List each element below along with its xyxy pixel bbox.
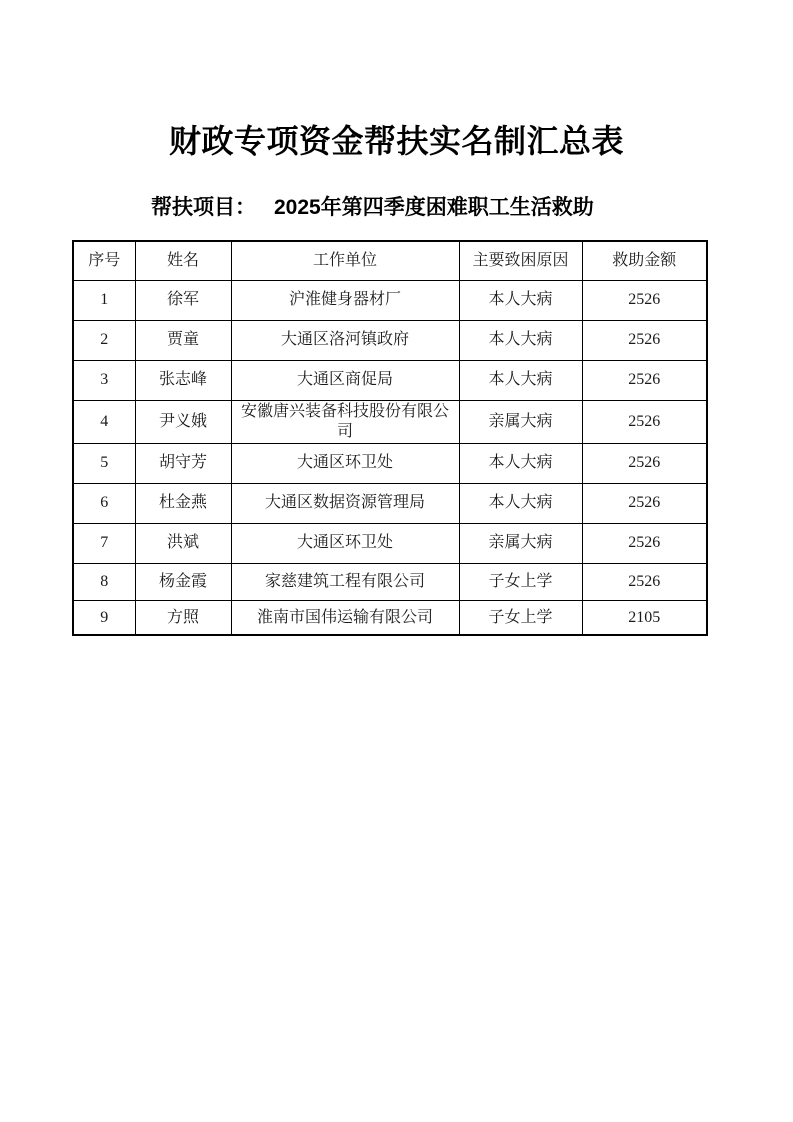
cell-name: 尹义娥 [135, 400, 231, 443]
cell-work-unit: 大通区商促局 [231, 360, 459, 400]
cell-name: 洪斌 [135, 523, 231, 563]
table-header-row: 序号姓名工作单位主要致困原因救助金额 [73, 241, 707, 280]
cell-index: 6 [73, 483, 135, 523]
document-page: 财政专项资金帮扶实名制汇总表 帮扶项目：2025年第四季度困难职工生活救助 序号… [0, 0, 793, 1122]
cell-work-unit: 大通区洛河镇政府 [231, 320, 459, 360]
cell-work-unit: 大通区环卫处 [231, 523, 459, 563]
table-row: 9方照淮南市国伟运输有限公司子女上学2105 [73, 600, 707, 635]
table-body: 1徐军沪淮健身器材厂本人大病25262贾童大通区洛河镇政府本人大病25263张志… [73, 280, 707, 635]
cell-name: 杨金霞 [135, 563, 231, 600]
cell-name: 杜金燕 [135, 483, 231, 523]
summary-table: 序号姓名工作单位主要致困原因救助金额 1徐军沪淮健身器材厂本人大病25262贾童… [72, 240, 708, 636]
cell-work-unit: 大通区环卫处 [231, 443, 459, 483]
column-header-work-unit: 工作单位 [231, 241, 459, 280]
cell-index: 3 [73, 360, 135, 400]
cell-index: 4 [73, 400, 135, 443]
project-label: 帮扶项目： [151, 196, 256, 219]
cell-amount: 2526 [582, 320, 707, 360]
document-title: 财政专项资金帮扶实名制汇总表 [0, 121, 793, 161]
cell-cause: 亲属大病 [459, 523, 582, 563]
cell-cause: 本人大病 [459, 443, 582, 483]
cell-cause: 子女上学 [459, 600, 582, 635]
cell-amount: 2105 [582, 600, 707, 635]
cell-name: 胡守芳 [135, 443, 231, 483]
table-head: 序号姓名工作单位主要致困原因救助金额 [73, 241, 707, 280]
column-header-cause: 主要致困原因 [459, 241, 582, 280]
cell-index: 8 [73, 563, 135, 600]
cell-work-unit: 大通区数据资源管理局 [231, 483, 459, 523]
cell-index: 1 [73, 280, 135, 320]
cell-amount: 2526 [582, 483, 707, 523]
cell-index: 2 [73, 320, 135, 360]
cell-work-unit: 家慈建筑工程有限公司 [231, 563, 459, 600]
cell-work-unit: 安徽唐兴装备科技股份有限公司 [231, 400, 459, 443]
cell-name: 方照 [135, 600, 231, 635]
column-header-index: 序号 [73, 241, 135, 280]
cell-name: 徐军 [135, 280, 231, 320]
table-row: 6杜金燕大通区数据资源管理局本人大病2526 [73, 483, 707, 523]
cell-amount: 2526 [582, 400, 707, 443]
cell-amount: 2526 [582, 280, 707, 320]
table-row: 4尹义娥安徽唐兴装备科技股份有限公司亲属大病2526 [73, 400, 707, 443]
cell-cause: 亲属大病 [459, 400, 582, 443]
cell-name: 贾童 [135, 320, 231, 360]
cell-cause: 本人大病 [459, 320, 582, 360]
column-header-amount: 救助金额 [582, 241, 707, 280]
column-header-name: 姓名 [135, 241, 231, 280]
cell-cause: 本人大病 [459, 280, 582, 320]
table-row: 3张志峰大通区商促局本人大病2526 [73, 360, 707, 400]
cell-amount: 2526 [582, 523, 707, 563]
table-row: 1徐军沪淮健身器材厂本人大病2526 [73, 280, 707, 320]
cell-cause: 子女上学 [459, 563, 582, 600]
project-value: 2025年第四季度困难职工生活救助 [274, 196, 594, 219]
table-row: 2贾童大通区洛河镇政府本人大病2526 [73, 320, 707, 360]
cell-amount: 2526 [582, 443, 707, 483]
table-row: 7洪斌大通区环卫处亲属大病2526 [73, 523, 707, 563]
project-line: 帮扶项目：2025年第四季度困难职工生活救助 [151, 193, 594, 223]
cell-index: 9 [73, 600, 135, 635]
cell-cause: 本人大病 [459, 483, 582, 523]
cell-amount: 2526 [582, 563, 707, 600]
cell-name: 张志峰 [135, 360, 231, 400]
cell-cause: 本人大病 [459, 360, 582, 400]
cell-amount: 2526 [582, 360, 707, 400]
table-row: 8杨金霞家慈建筑工程有限公司子女上学2526 [73, 563, 707, 600]
table-row: 5胡守芳大通区环卫处本人大病2526 [73, 443, 707, 483]
cell-index: 5 [73, 443, 135, 483]
cell-work-unit: 淮南市国伟运输有限公司 [231, 600, 459, 635]
cell-work-unit: 沪淮健身器材厂 [231, 280, 459, 320]
cell-index: 7 [73, 523, 135, 563]
